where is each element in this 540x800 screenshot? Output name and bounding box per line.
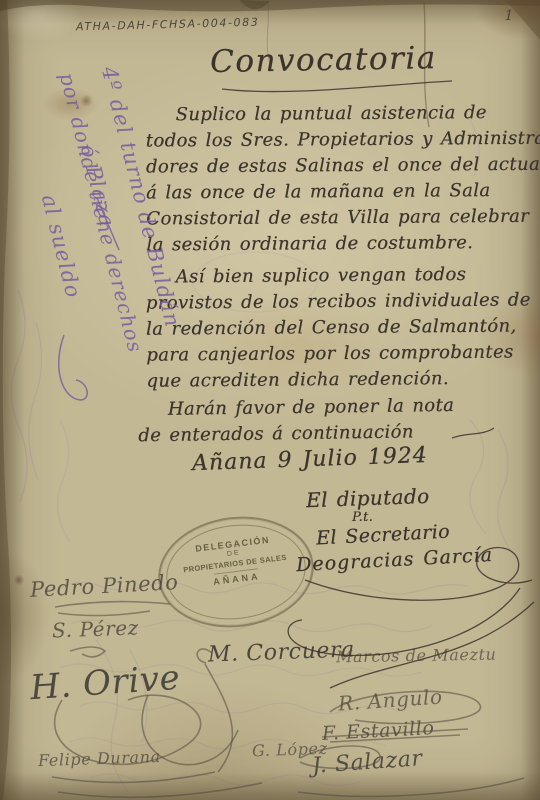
body-line: á las once de la mañana en la Sala [146,178,540,207]
closing-deputy: El diputado [306,484,430,512]
signature-r-angulo: R. Angulo [337,684,443,715]
signature-m-corcuera: M. Corcuera [208,637,356,667]
scanned-document-page: ATHA-DAH-FCHSA-004-083 1 Convocatoria Su… [0,0,540,800]
body-line: todos los Sres. Propietarios y Administr… [146,126,540,155]
body-line: la redención del Censo de Salmantón, [146,313,531,342]
archive-reference: ATHA-DAH-FCHSA-004-083 [76,16,260,34]
body-line: dores de estas Salinas el once del actua… [146,152,540,181]
signature-h-orive: H. Orive [29,658,182,708]
signature-marcos-de-maeztu: Marcos de Maeztu [336,645,497,667]
body-line: Consistorial de esta Villa para celebrar [146,204,540,233]
stamp-inner-ring: DELEGACIÓN DE PROPIETARIOS DE SALES AÑAN… [161,517,311,627]
body-line: para canjearlos por los comprobantes [146,339,531,368]
paragraph-2: Así bien suplico vengan todos provistos … [145,261,531,394]
paragraph-1: Suplico la puntual asistencia de todos l… [145,100,540,259]
page-number: 1 [504,8,514,24]
signature-j-salazar: J. Salazar [311,746,423,779]
signature-s-perez: S. Pérez [52,615,140,642]
body-line: la sesión ordinaria de costumbre. [146,230,540,259]
closing-per-abbreviation: P.t. [352,510,373,525]
margin-note-line: al sueldo [37,192,86,301]
body-line: provistos de los recibos individuales de [146,287,531,316]
body-line: Suplico la puntual asistencia de [175,100,540,129]
signature-pedro-pinedo: Pedro Pinedo [29,570,179,602]
signature-felipe-durana: Felipe Durana [38,747,161,770]
body-line: Harán favor de poner la nota [168,393,455,423]
signature-f-estavillo: F. Estavillo [322,717,435,745]
closing-secretary: El Secretario [316,521,451,550]
body-line: que acrediten dicha redención. [146,365,531,394]
body-line: Así bien suplico vengan todos [175,261,530,290]
document-title: Convocatoria [210,40,437,80]
paragraph-3: Harán favor de poner la nota de enterado… [138,393,455,449]
